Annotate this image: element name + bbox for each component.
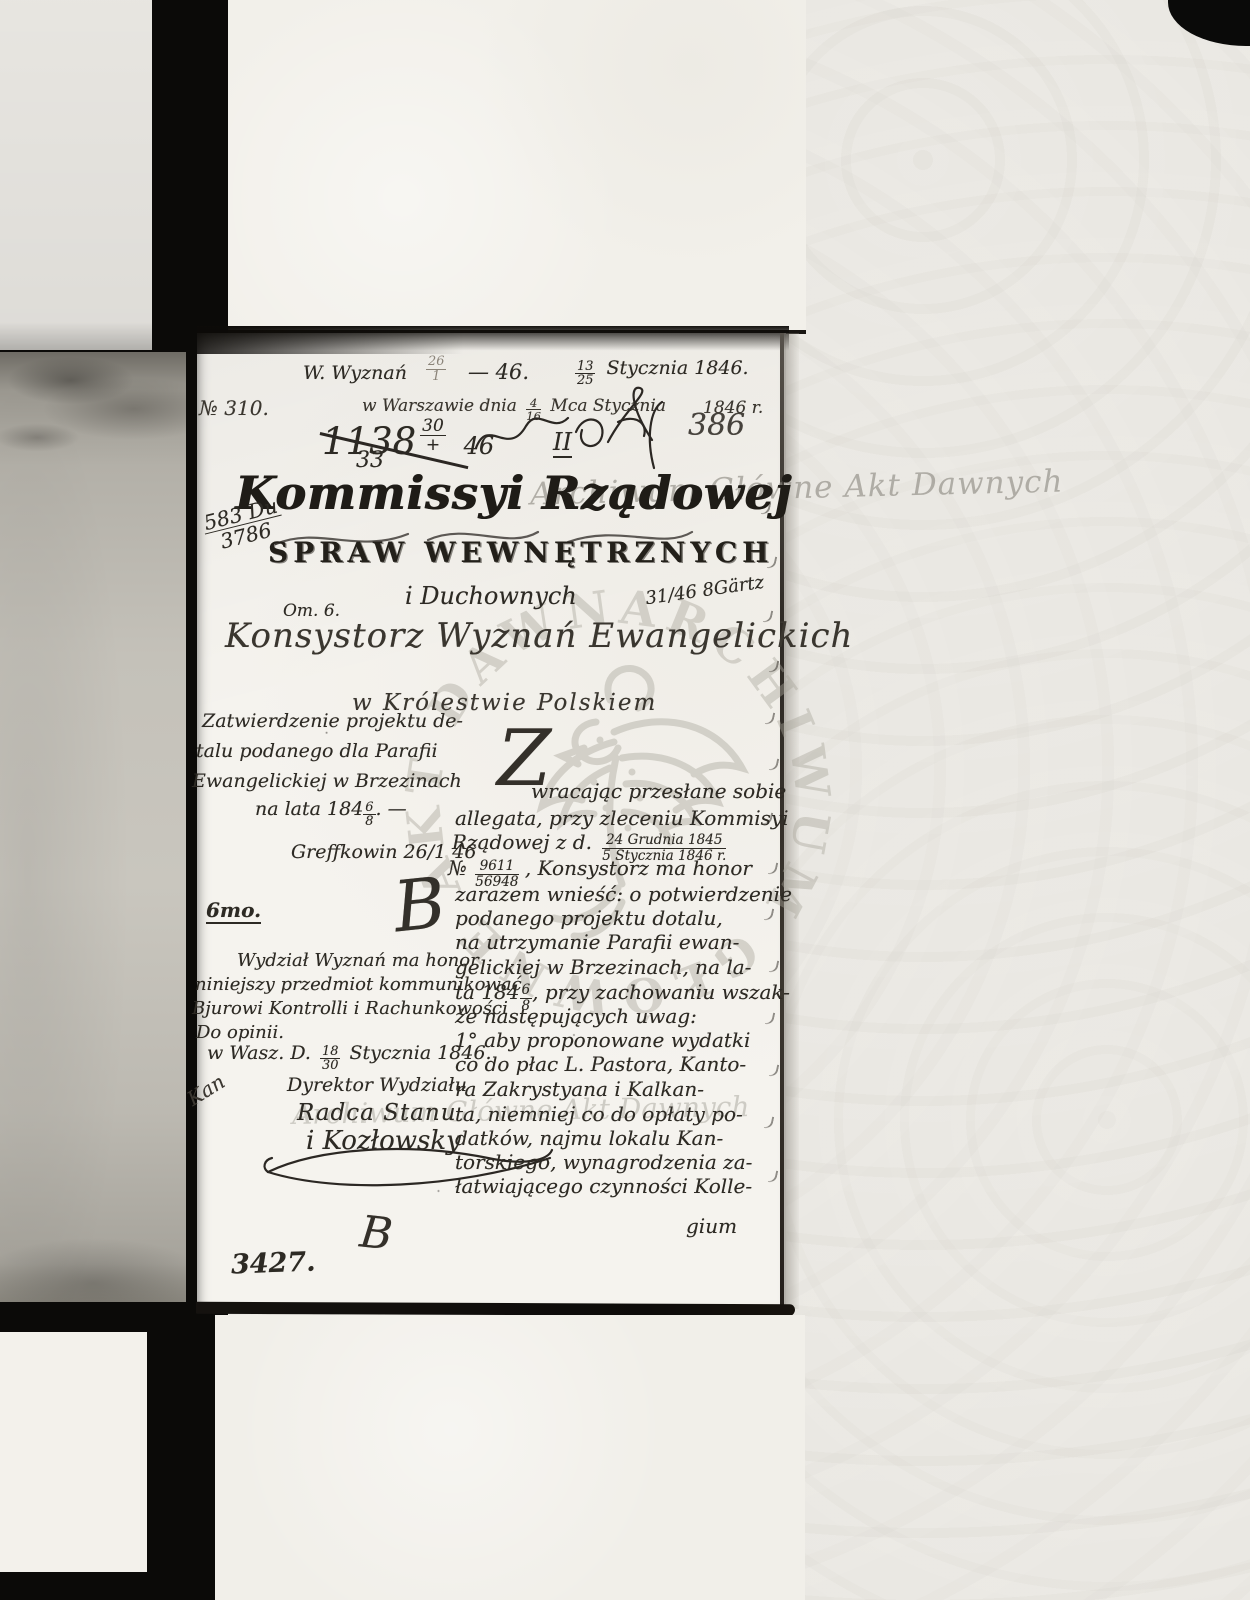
- body-line: że następujących uwag:: [455, 1004, 697, 1028]
- letterhead-department: SPRAW WEWNĘTRZNYCH: [268, 536, 712, 569]
- underlying-sheet-bottom: [215, 1315, 805, 1600]
- referral-date-line: w Wasz. D. 1830 Stycznia 1846.: [207, 1042, 492, 1073]
- body-line: 1° aby proponowane wydatki: [455, 1028, 750, 1052]
- bottom-number: 3427.: [230, 1247, 316, 1281]
- years-fraction: 68: [363, 802, 375, 830]
- referral-line: Do opinii.: [196, 1022, 284, 1043]
- body-closing-word: gium: [686, 1214, 737, 1238]
- office-note: W. Wyznań: [303, 362, 407, 384]
- referral-line: Wydział Wyznań ma honor: [237, 950, 479, 971]
- archival-scan: Archiwum Główne Akt Dawnych Archiwum Głó…: [0, 0, 1250, 1600]
- margin-summary-line: Ewangelickiej w Brzezinach: [192, 770, 462, 792]
- section-6mo: 6mo.: [206, 898, 261, 924]
- blank-upper-sheet: [228, 0, 806, 334]
- folio-number: 386: [688, 408, 745, 443]
- margin-summary-line: Zatwierdzenie projektu de-: [202, 710, 463, 732]
- body-line: zarazem wnieść: o potwierdzenie: [455, 882, 792, 906]
- paraph-small: B: [357, 1206, 394, 1260]
- margin-summary-line: talu podanego dla Parafii: [196, 740, 438, 762]
- letterhead-commission: Kommissyi Rządowej: [235, 466, 715, 520]
- page-top-edge-shadow: [197, 326, 789, 354]
- letterhead-spiritual: i Duchownych: [405, 582, 577, 610]
- body-line: wracając przesłane sobie: [531, 779, 786, 803]
- adjacent-page-bottom-left: [0, 1332, 147, 1572]
- body-line: datków, najmu lokalu Kan-: [455, 1126, 723, 1150]
- body-line: allegata, przy zleceniu Kommisyi: [455, 806, 789, 830]
- received-date-fraction: 1325: [575, 361, 595, 389]
- received-date-rest: Stycznia 1846.: [606, 357, 748, 379]
- paraph-large: B: [390, 862, 450, 949]
- signature-title: Dyrektor Wydziału: [287, 1074, 467, 1096]
- body-line: ra Zakrystyana i Kalkan-: [455, 1077, 704, 1101]
- office-note-after: — 46.: [468, 360, 529, 384]
- body-line: łatwiającego czynności Kolle-: [455, 1174, 752, 1198]
- body-line: podanego projektu dotalu,: [455, 906, 723, 930]
- document-number: № 310.: [199, 396, 269, 420]
- body-line: gelickiej w Brzezinach, na la-: [455, 955, 751, 979]
- office-date-fraction: 261: [426, 356, 446, 384]
- book-page-edge-left: [0, 352, 186, 1302]
- addressee-line: Konsystorz Wyznań Ewangelickich: [225, 616, 765, 656]
- signature-title: Radca Stanu: [297, 1100, 457, 1126]
- body-line: na utrzymanie Parafii ewan-: [455, 930, 739, 954]
- adjacent-page-top-left: [0, 0, 152, 350]
- margin-summary-years: na lata 18468. —: [255, 798, 407, 829]
- body-line: ta, niemniej co do opłaty po-: [455, 1102, 743, 1126]
- body-line: co do płac L. Pastora, Kanto-: [455, 1052, 746, 1076]
- crossed-fraction: 30+: [420, 418, 446, 454]
- body-line: torskiego, wynagrodzenia za-: [455, 1150, 752, 1174]
- referral-date-fraction: 1830: [320, 1046, 340, 1074]
- roman-numeral-mark: II: [553, 428, 572, 458]
